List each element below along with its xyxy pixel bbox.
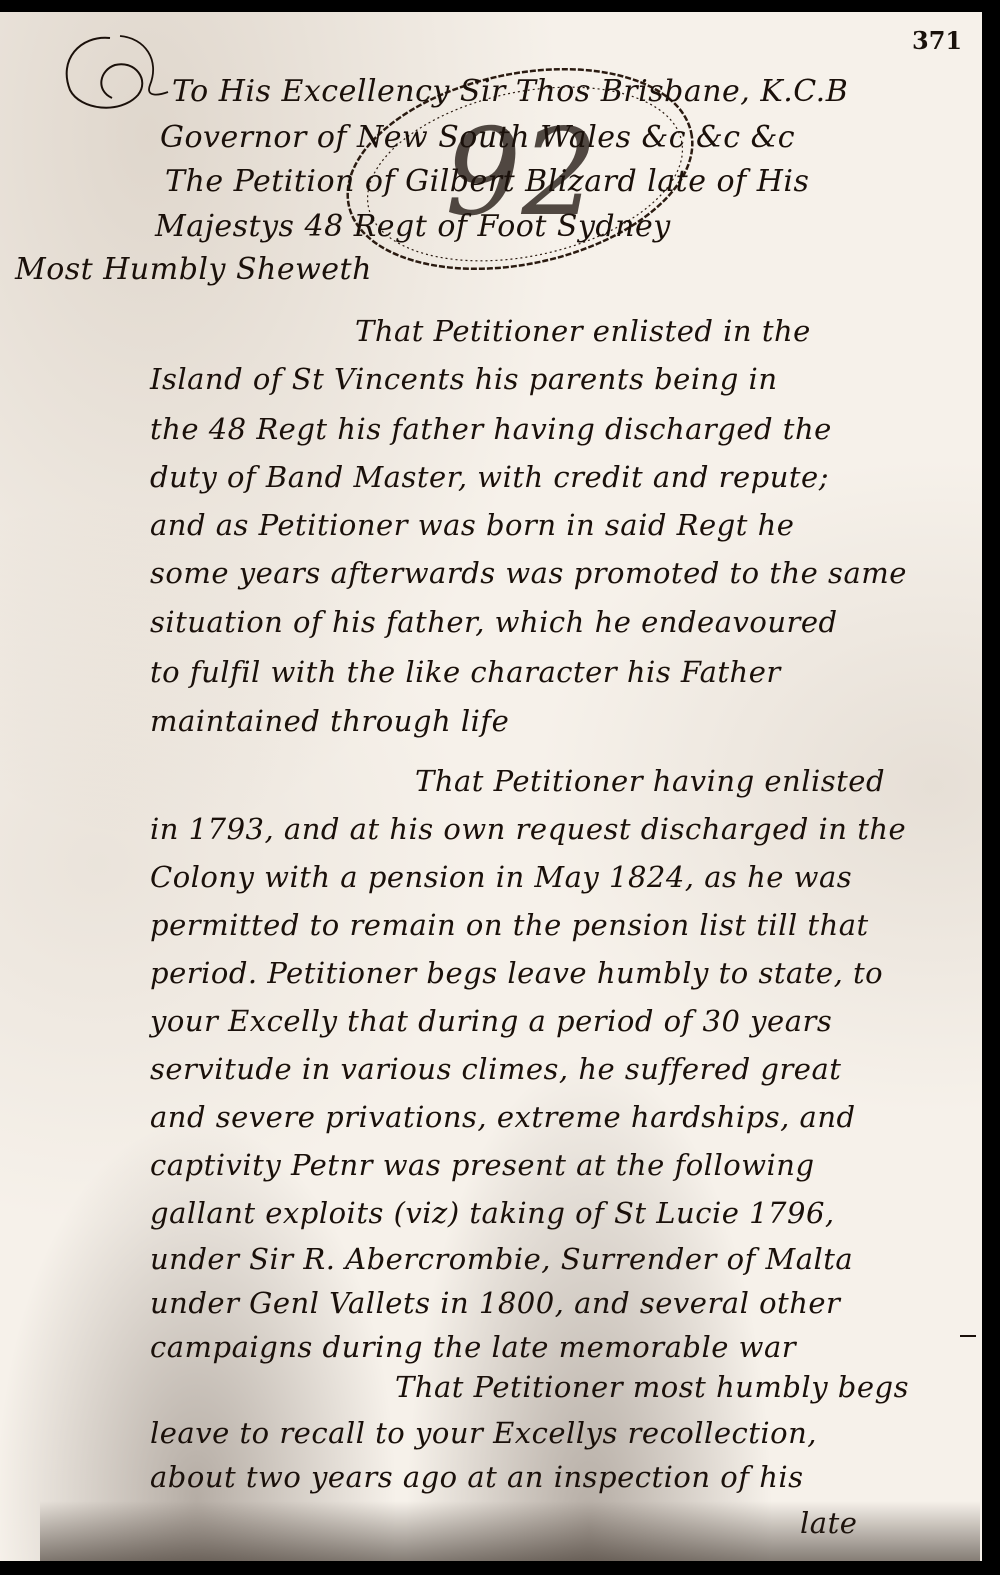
scan-border-top [0, 0, 1000, 12]
address-line: Majestys 48 Regt of Foot Sydney [155, 209, 671, 244]
text-line: period. Petitioner begs leave humbly to … [150, 956, 883, 990]
scan-border-bottom [10, 1561, 1000, 1575]
address-line: To His Excellency Sir Thos Brisbane, K.C… [172, 74, 848, 109]
scan-border-right [982, 0, 1000, 1575]
line-end-dash [960, 1335, 976, 1337]
text-line: That Petitioner having enlisted [415, 764, 885, 798]
address-line: The Petition of Gilbert Blizard late of … [165, 164, 809, 199]
text-line: Island of St Vincents his parents being … [150, 362, 778, 396]
text-line: gallant exploits (viz) taking of St Luci… [150, 1196, 835, 1230]
text-line: servitude in various climes, he suffered… [150, 1052, 841, 1086]
text-line: captivity Petnr was present at the follo… [150, 1148, 815, 1182]
salutation: Most Humbly Sheweth [15, 252, 372, 287]
text-line: Colony with a pension in May 1824, as he… [150, 860, 852, 894]
text-line: That Petitioner most humbly begs [395, 1370, 909, 1404]
manuscript-page: 92 371 To His Excellency Sir Thos Brisba… [0, 12, 982, 1561]
text-line: maintained through life [150, 704, 509, 738]
text-line: in 1793, and at his own request discharg… [150, 812, 906, 846]
flourish-icon [50, 30, 170, 120]
text-line: and as Petitioner was born in said Regt … [150, 508, 794, 542]
page-number: 371 [912, 26, 962, 55]
text-line: duty of Band Master, with credit and rep… [150, 460, 829, 494]
address-line: Governor of New South Wales &c &c &c [160, 120, 795, 155]
text-line: under Sir R. Abercrombie, Surrender of M… [150, 1242, 853, 1276]
text-line: to fulfil with the like character his Fa… [150, 655, 781, 689]
text-line: leave to recall to your Excellys recolle… [150, 1416, 817, 1450]
text-line: That Petitioner enlisted in the [355, 314, 811, 348]
text-line: the 48 Regt his father having discharged… [150, 412, 832, 446]
text-line: some years afterwards was promoted to th… [150, 556, 907, 590]
text-line: your Excelly that during a period of 30 … [150, 1004, 832, 1038]
text-line: about two years ago at an inspection of … [150, 1460, 804, 1494]
page-stain [40, 1501, 980, 1561]
text-line: campaigns during the late memorable war [150, 1330, 796, 1364]
text-line: situation of his father, which he endeav… [150, 605, 838, 639]
text-line: and severe privations, extreme hardships… [150, 1100, 856, 1134]
text-line: under Genl Vallets in 1800, and several … [150, 1286, 840, 1320]
text-line: permitted to remain on the pension list … [150, 908, 869, 942]
